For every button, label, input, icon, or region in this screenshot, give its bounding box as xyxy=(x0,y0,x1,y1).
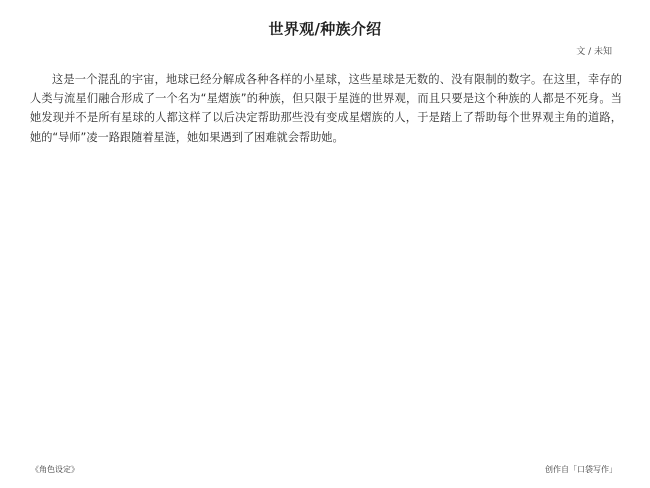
author-byline: 文 / 未知 xyxy=(576,44,612,57)
footer-source: 创作自「口袋写作」 xyxy=(545,464,617,475)
page-title: 世界观/种族介绍 xyxy=(0,18,650,39)
body-paragraph: 这是一个混乱的宇宙，地球已经分解成各种各样的小星球，这些星球是无数的、没有限制的… xyxy=(30,70,622,147)
footer-category: 《角色设定》 xyxy=(31,464,79,475)
